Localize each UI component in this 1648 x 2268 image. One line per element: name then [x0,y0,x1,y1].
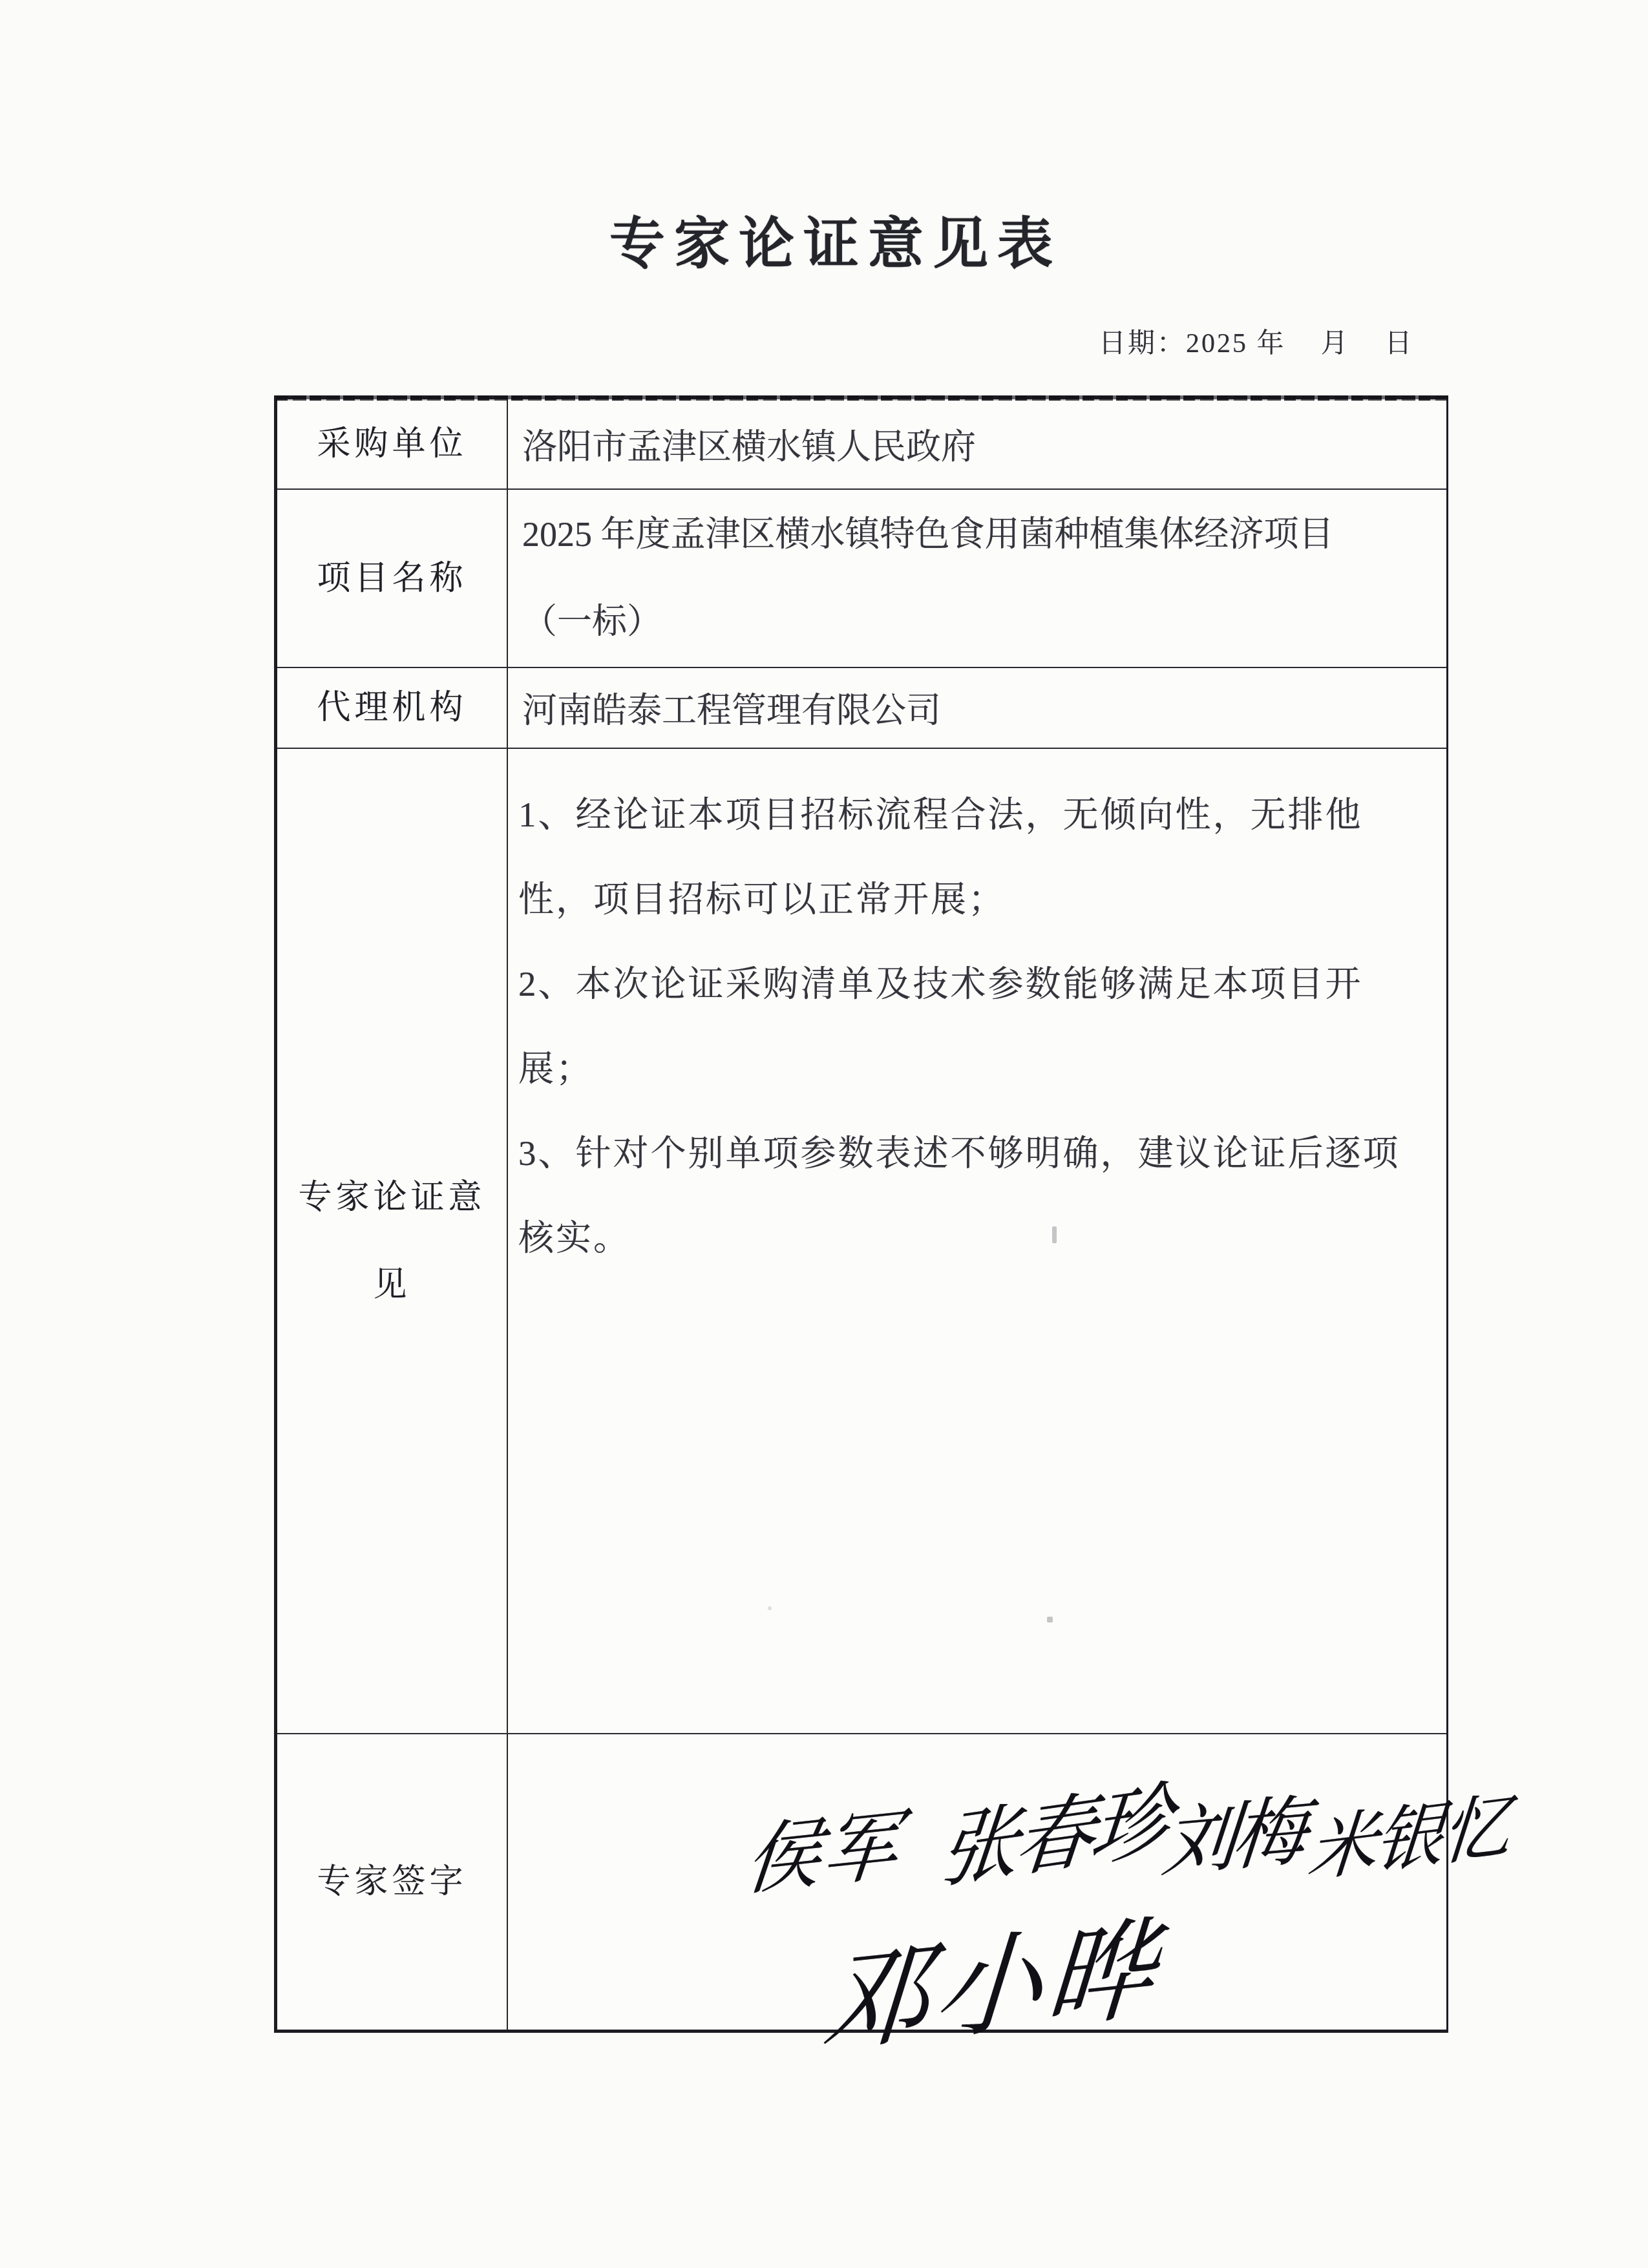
agency-value: 河南皓泰工程管理有限公司 [522,683,1433,733]
scan-artifact [1052,1226,1057,1243]
scan-artifact [1047,1617,1053,1622]
purchase-unit-value: 洛阳市孟津区横水镇人民政府 [522,419,1433,469]
opinion-item-1: 1、经论证本项目招标流程合法，无倾向性，无排他性，项目招标可以正常开展； [518,772,1435,941]
project-name-row: 项目名称 2025 年度孟津区横水镇特色食用菌种植集体经济项目 （一标） [277,490,1446,668]
expert-signatures-row: 专家签字 侯军 张春珍 刘梅 米银忆 邓小晔 [277,1734,1446,2030]
expert-opinions-label: 专家论证意见 [277,749,508,1733]
signature-handwriting-4: 米银忆 [1304,1769,1514,1896]
opinion-item-3: 3、针对个别单项参数表述不够明确，建议论证后逐项核实。 [518,1111,1435,1280]
expert-signatures-label: 专家签字 [277,1734,508,2030]
agency-value-cell: 河南皓泰工程管理有限公司 [508,668,1446,748]
document-title: 专家论证意见表 [12,199,1648,279]
expert-opinions-cell: 1、经论证本项目招标流程合法，无倾向性，无排他性，项目招标可以正常开展； 2、本… [508,749,1446,1733]
purchase-unit-value-cell: 洛阳市孟津区横水镇人民政府 [508,399,1446,488]
signature-handwriting-5: 邓小晔 [818,1881,1164,2074]
expert-opinion-form-table: 采购单位 洛阳市孟津区横水镇人民政府 项目名称 2025 年度孟津区横水镇特色食… [274,395,1448,2033]
signature-handwriting-2: 张春珍 [935,1754,1174,1904]
opinion-item-2: 2、本次论证采购清单及技术参数能够满足本项目开展； [518,941,1435,1111]
signature-handwriting-3: 刘梅 [1159,1770,1307,1892]
project-name-label: 项目名称 [277,490,508,667]
project-name-line2: （一标） [522,578,1433,666]
signature-handwriting-1: 侯军 [741,1782,907,1910]
project-name-line1: 2025 年度孟津区横水镇特色食用菌种植集体经济项目 [522,491,1433,578]
agency-row: 代理机构 河南皓泰工程管理有限公司 [277,668,1446,749]
agency-label: 代理机构 [277,668,508,748]
scanned-form-page: 专家论证意见表 日期：2025 年 月 日 采购单位 洛阳市孟津区横水镇人民政府… [0,0,1648,2268]
date-line: 日期：2025 年 月 日 [1099,322,1414,361]
expert-opinions-row: 专家论证意见 1、经论证本项目招标流程合法，无倾向性，无排他性，项目招标可以正常… [277,749,1446,1734]
scan-artifact [768,1606,772,1610]
project-name-value-cell: 2025 年度孟津区横水镇特色食用菌种植集体经济项目 （一标） [508,490,1446,667]
purchase-unit-label: 采购单位 [277,399,508,488]
expert-signatures-cell: 侯军 张春珍 刘梅 米银忆 邓小晔 [508,1734,1446,2030]
purchase-unit-row: 采购单位 洛阳市孟津区横水镇人民政府 [277,399,1446,490]
